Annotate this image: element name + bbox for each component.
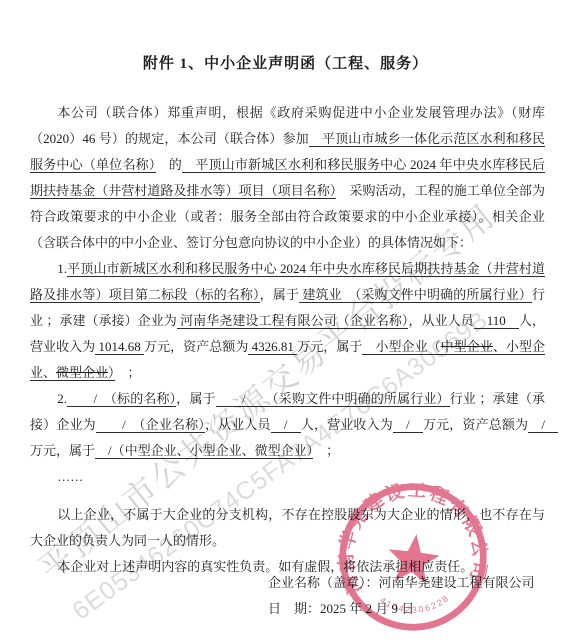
text-segment: ，属于 [176,391,215,406]
paragraph-item-2: 2. / （标的名称），属于 / （采购文件中明确的所属行业）行业 ；承建（承接… [30,386,545,464]
text-segment: / [271,417,301,433]
signature-block: 企业名称（盖章）：河南华尧建设工程有限公司 日 期：2025 年 2 月 9 日 [268,570,535,622]
paragraph-intro: 本公司（联合体）郑重声明，根据《政府采购促进中小企业发展管理办法》（财库（202… [30,100,545,256]
text-segment: 人，营业收入为 [301,417,393,432]
text-segment: 1. [57,261,67,276]
text-segment: 建筑业 （采购文件中明确的所属行业） [299,287,532,303]
text-segment: ，从业人员 [205,417,271,432]
text-segment: ，从业人员 [408,313,473,328]
date-label: 日 期： [268,601,320,616]
text-segment: 2. [57,391,67,406]
text-segment: 1014.68 [95,339,144,355]
company-seal-label: 企业名称（盖章）： [268,575,379,590]
text-segment: /（中型企业、小型企业、微型企业） [95,443,313,459]
paragraph-item-1: 1.平顶山市新城区水利和移民服务中心 2024 年中央水库移民后期扶持基金（井营… [30,256,545,386]
text-segment: …… [57,469,83,484]
document-body: 本公司（联合体）郑重声明，根据《政府采购促进中小企业发展管理办法》（财库（202… [30,100,545,580]
text-segment: 微型企业 [56,365,108,381]
text-segment: / [393,417,423,433]
signature-date-line: 日 期：2025 年 2 月 9 日 [268,596,535,622]
text-segment: ，属于 [260,287,299,302]
text-segment: 以上企业，不属于大企业的分支机构，不存在控股股东为大企业的情形，也不存在与大企业… [30,507,545,548]
signature-company-name: 河南华尧建设工程有限公司 [379,575,535,590]
text-segment: 万元，属于 [30,443,95,458]
text-segment: 小型企业（ [362,339,440,355]
text-segment: ； [115,365,141,380]
signature-company-line: 企业名称（盖章）：河南华尧建设工程有限公司 [268,570,535,596]
text-segment: / （标的名称） [67,391,176,407]
text-segment: 万元，资产总额为 [423,417,528,432]
text-segment: / [528,417,558,433]
signature-date-value: 2025 年 2 月 9 日 [320,601,414,616]
text-segment: 110 [474,313,519,329]
text-segment: / （企业名称） [96,417,205,433]
text-segment: 万元，资产总额为 [144,339,248,354]
text-segment: ； [313,443,339,458]
text-segment: 万元，属于 [297,339,362,354]
text-segment: 的 [156,157,182,172]
paragraph-no-large-enterprise: 以上企业，不属于大企业的分支机构，不存在控股股东为大企业的情形，也不存在与大企业… [30,502,545,554]
text-segment: 中型企业 [441,339,493,355]
text-segment: 4326.81 [248,339,297,355]
document-page: 平顶山市公共资源交易平台投标专用 6E05346260C74C5FA7A4E76… [0,0,571,642]
paragraph-ellipsis: …… [30,464,545,490]
page-title: 附件 1、中小企业声明函（工程、服务） [0,0,571,73]
text-segment: / （采购文件中明确的所属行业） [216,391,450,407]
text-segment: 河南华尧建设工程有限公司（企业名称） [177,313,409,329]
